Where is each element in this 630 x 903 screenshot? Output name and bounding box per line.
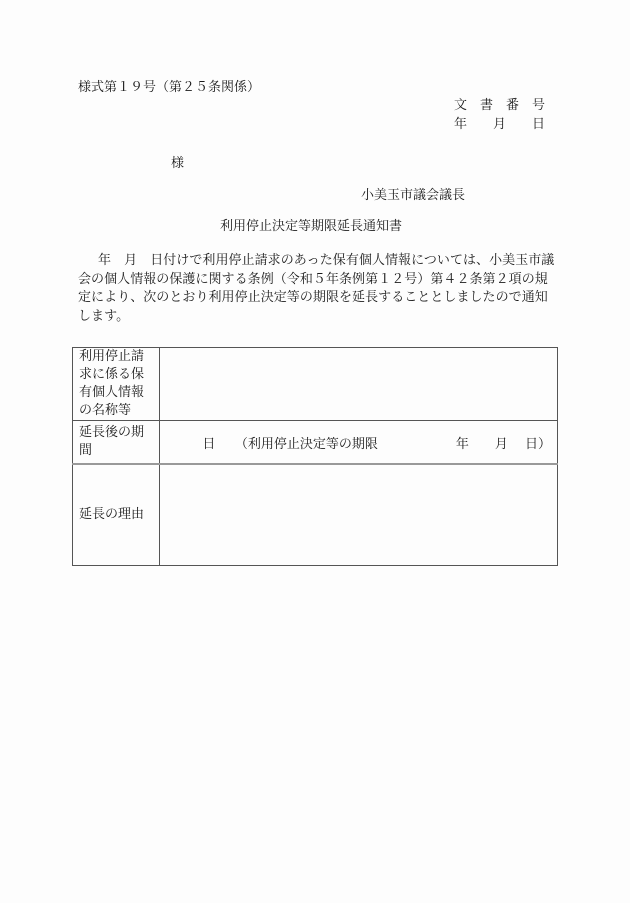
row-label-info-name: 利用停止請求に係る保有個人情報の名称等: [73, 348, 160, 421]
row-label-extended-period: 延長後の期間: [73, 421, 160, 465]
row-value-reason[interactable]: [160, 464, 558, 566]
table-row: 利用停止請求に係る保有個人情報の名称等: [73, 348, 558, 421]
document-number: 文 書 番 号: [454, 98, 545, 114]
addressee-honorific: 様: [171, 156, 184, 172]
row-value-extended-period[interactable]: 日 （利用停止決定等の期限 年 月 日）: [160, 421, 558, 465]
sender: 小美玉市議会議長: [361, 188, 465, 204]
info-table: 利用停止請求に係る保有個人情報の名称等 延長後の期間 日 （利用停止決定等の期限…: [72, 347, 558, 566]
form-number: 様式第１９号（第２５条関係）: [78, 80, 260, 96]
row-label-reason: 延長の理由: [73, 464, 160, 566]
document-date: 年 月 日: [454, 117, 545, 133]
body-paragraph: 年 月 日付けで利用停止請求のあった保有個人情報については、小美玉市議会の個人情…: [78, 252, 558, 326]
table-row: 延長の理由: [73, 464, 558, 566]
table-row: 延長後の期間 日 （利用停止決定等の期限 年 月 日）: [73, 421, 558, 465]
row-value-info-name[interactable]: [160, 348, 558, 421]
document-title: 利用停止決定等期限延長通知書: [220, 219, 402, 235]
